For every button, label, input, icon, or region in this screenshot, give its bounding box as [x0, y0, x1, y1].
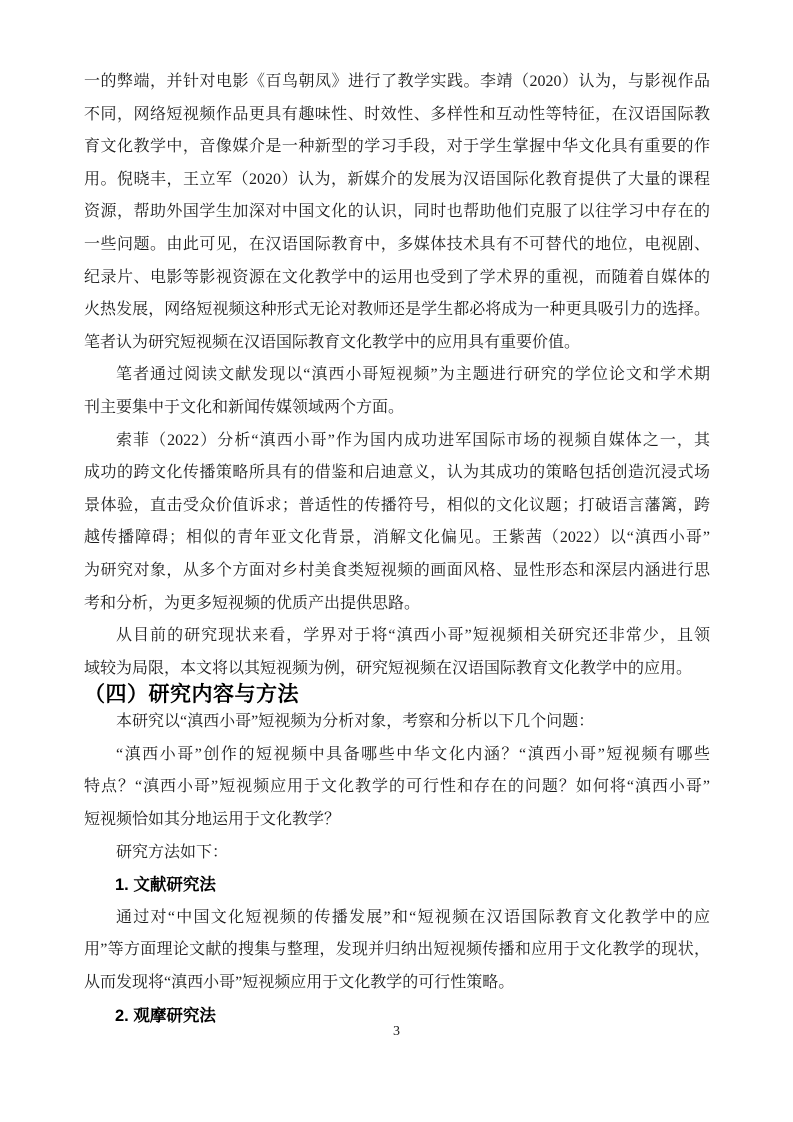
text-line: 特点？“滇西小哥”短视频应用于文化教学的可行性和存在的问题？如何将“滇西小哥” — [84, 771, 710, 804]
text-line: 本研究以“滇西小哥”短视频为分析对象，考察和分析以下几个问题： — [84, 706, 710, 739]
text-line: 不同，网络短视频作品更具有趣味性、时效性、多样性和互动性等特征，在汉语国际教 — [84, 99, 710, 132]
text-line: 景体验，直击受众价值诉求；普适性的传播符号，相似的文化议题；打破语言藩篱，跨 — [84, 490, 710, 523]
text-line: 从而发现将“滇西小哥”短视频应用于文化教学的可行性策略。 — [84, 967, 710, 1000]
text-line: 育文化教学中，音像媒介是一种新型的学习手段，对于学生掌握中华文化具有重要的作 — [84, 131, 710, 164]
page-number: 3 — [0, 1022, 793, 1042]
text-line: “滇西小哥”创作的短视频中具备哪些中华文化内涵？“滇西小哥”短视频有哪些 — [84, 739, 710, 772]
text-line: 纪录片、电影等影视资源在文化教学中的运用也受到了学术界的重视，而随着自媒体的 — [84, 262, 710, 295]
page-body-text: 一的弊端，并针对电影《百鸟朝凤》进行了教学实践。李靖（2020）认为，与影视作品… — [84, 66, 710, 1032]
text-line: 一些问题。由此可见，在汉语国际教育中，多媒体技术具有不可替代的地位，电视剧、 — [84, 229, 710, 262]
text-line: 从目前的研究现状来看，学界对于将“滇西小哥”短视频相关研究还非常少，且领 — [84, 620, 710, 653]
text-line: 考和分析，为更多短视频的优质产出提供思路。 — [84, 588, 710, 621]
text-line: 用。倪晓丰，王立军（2020）认为，新媒介的发展为汉语国际化教育提供了大量的课程 — [84, 164, 710, 197]
text-line: 资源，帮助外国学生加深对中国文化的认识，同时也帮助他们克服了以往学习中存在的 — [84, 196, 710, 229]
text-line: 用”等方面理论文献的搜集与整理，发现并归纳出短视频传播和应用于文化教学的现状， — [84, 934, 710, 967]
text-line: 通过对“中国文化短视频的传播发展”和“短视频在汉语国际教育文化教学中的应 — [84, 902, 710, 935]
text-line: 一的弊端，并针对电影《百鸟朝凤》进行了教学实践。李靖（2020）认为，与影视作品 — [84, 66, 710, 99]
text-line: 刊主要集中于文化和新闻传媒领域两个方面。 — [84, 392, 710, 425]
subheading: 1. 文献研究法 — [84, 869, 710, 902]
text-line: 成功的跨文化传播策略所具有的借鉴和启迪意义，认为其成功的策略包括创造沉浸式场 — [84, 457, 710, 490]
text-line: 笔者通过阅读文献发现以“滇西小哥短视频”为主题进行研究的学位论文和学术期 — [84, 359, 710, 392]
text-line: 为研究对象，从多个方面对乡村美食类短视频的画面风格、显性形态和深层内涵进行思 — [84, 555, 710, 588]
document-page: 一的弊端，并针对电影《百鸟朝凤》进行了教学实践。李靖（2020）认为，与影视作品… — [0, 0, 793, 1122]
text-line: 越传播障碍；相似的青年亚文化背景，消解文化偏见。王紫茜（2022）以“滇西小哥” — [84, 522, 710, 555]
text-line: 笔者认为研究短视频在汉语国际教育文化教学中的应用具有重要价值。 — [84, 327, 710, 360]
text-line: 火热发展，网络短视频这种形式无论对教师还是学生都必将成为一种更具吸引力的选择。 — [84, 294, 710, 327]
text-line: 短视频恰如其分地运用于文化教学？ — [84, 804, 710, 837]
text-line: 索菲（2022）分析“滇西小哥”作为国内成功进军国际市场的视频自媒体之一，其 — [84, 425, 710, 458]
text-line: 研究方法如下： — [84, 837, 710, 870]
